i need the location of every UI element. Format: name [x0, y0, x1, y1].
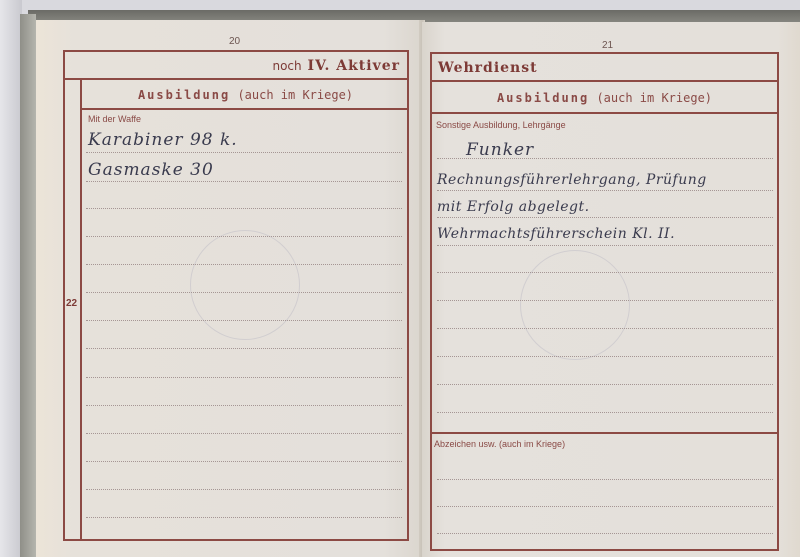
ruled-line [86, 320, 402, 321]
ruled-line [437, 384, 773, 385]
handwritten-entry: Wehrmachtsführerschein Kl. II. [437, 226, 675, 242]
ruled-line [437, 533, 773, 534]
right-badges-divider [430, 432, 779, 434]
section-title-main: Ausbildung [497, 91, 589, 105]
header-title: IV. Aktiver [308, 58, 400, 74]
section-title-main: Ausbildung [138, 88, 230, 102]
right-header-divider [430, 80, 779, 82]
right-section-divider [430, 112, 779, 114]
ruled-line [437, 245, 773, 246]
ruled-line [437, 272, 773, 273]
right-page-header: Wehrdienst [438, 60, 538, 76]
ruled-line [86, 152, 402, 153]
ruled-line [86, 377, 402, 378]
ruled-line [437, 328, 773, 329]
ruled-line [86, 264, 402, 265]
ruled-line [86, 433, 402, 434]
ruled-line [437, 217, 773, 218]
left-margin-column-divider [80, 78, 82, 541]
ruled-line [86, 208, 402, 209]
field-label-mit-der-waffe: Mit der Waffe [88, 114, 141, 124]
handwritten-entry: Gasmaske 30 [88, 160, 214, 180]
ruled-line [86, 461, 402, 462]
field-label-abzeichen: Abzeichen usw. (auch im Kriege) [434, 439, 565, 449]
left-section-divider [80, 108, 409, 110]
ruled-line [437, 158, 773, 159]
page-number-right: 21 [602, 40, 613, 51]
ruled-line [437, 356, 773, 357]
ruled-line [86, 236, 402, 237]
side-number: 22 [66, 298, 77, 309]
section-title-sub: (auch im Kriege) [237, 88, 353, 102]
handwritten-entry: Rechnungsführerlehrgang, Prüfung [437, 172, 707, 188]
handwritten-entry: Karabiner 98 k. [88, 130, 238, 150]
header-prefix: noch [272, 59, 301, 73]
handwritten-entry: Funker [466, 140, 534, 160]
book-cover-left-edge [20, 14, 36, 557]
ruled-line [86, 405, 402, 406]
ruled-line [86, 489, 402, 490]
ruled-line [437, 300, 773, 301]
section-title-sub: (auch im Kriege) [596, 91, 712, 105]
page-number-left: 20 [229, 36, 240, 47]
background-edge [0, 0, 22, 557]
ruled-line [86, 517, 402, 518]
left-section-title: Ausbildung (auch im Kriege) [82, 88, 409, 102]
ruled-line [437, 190, 773, 191]
ruled-line [86, 181, 402, 182]
field-label-sonstige-ausbildung: Sonstige Ausbildung, Lehrgänge [436, 120, 566, 130]
ruled-line [86, 348, 402, 349]
handwritten-entry: mit Erfolg abgelegt. [437, 199, 590, 215]
ruled-line [437, 506, 773, 507]
right-section-title: Ausbildung (auch im Kriege) [432, 91, 777, 105]
ruled-line [437, 412, 773, 413]
left-header-divider [63, 78, 409, 80]
left-page-header: noch IV. Aktiver [272, 58, 400, 74]
ruled-line [437, 479, 773, 480]
ruled-line [86, 292, 402, 293]
